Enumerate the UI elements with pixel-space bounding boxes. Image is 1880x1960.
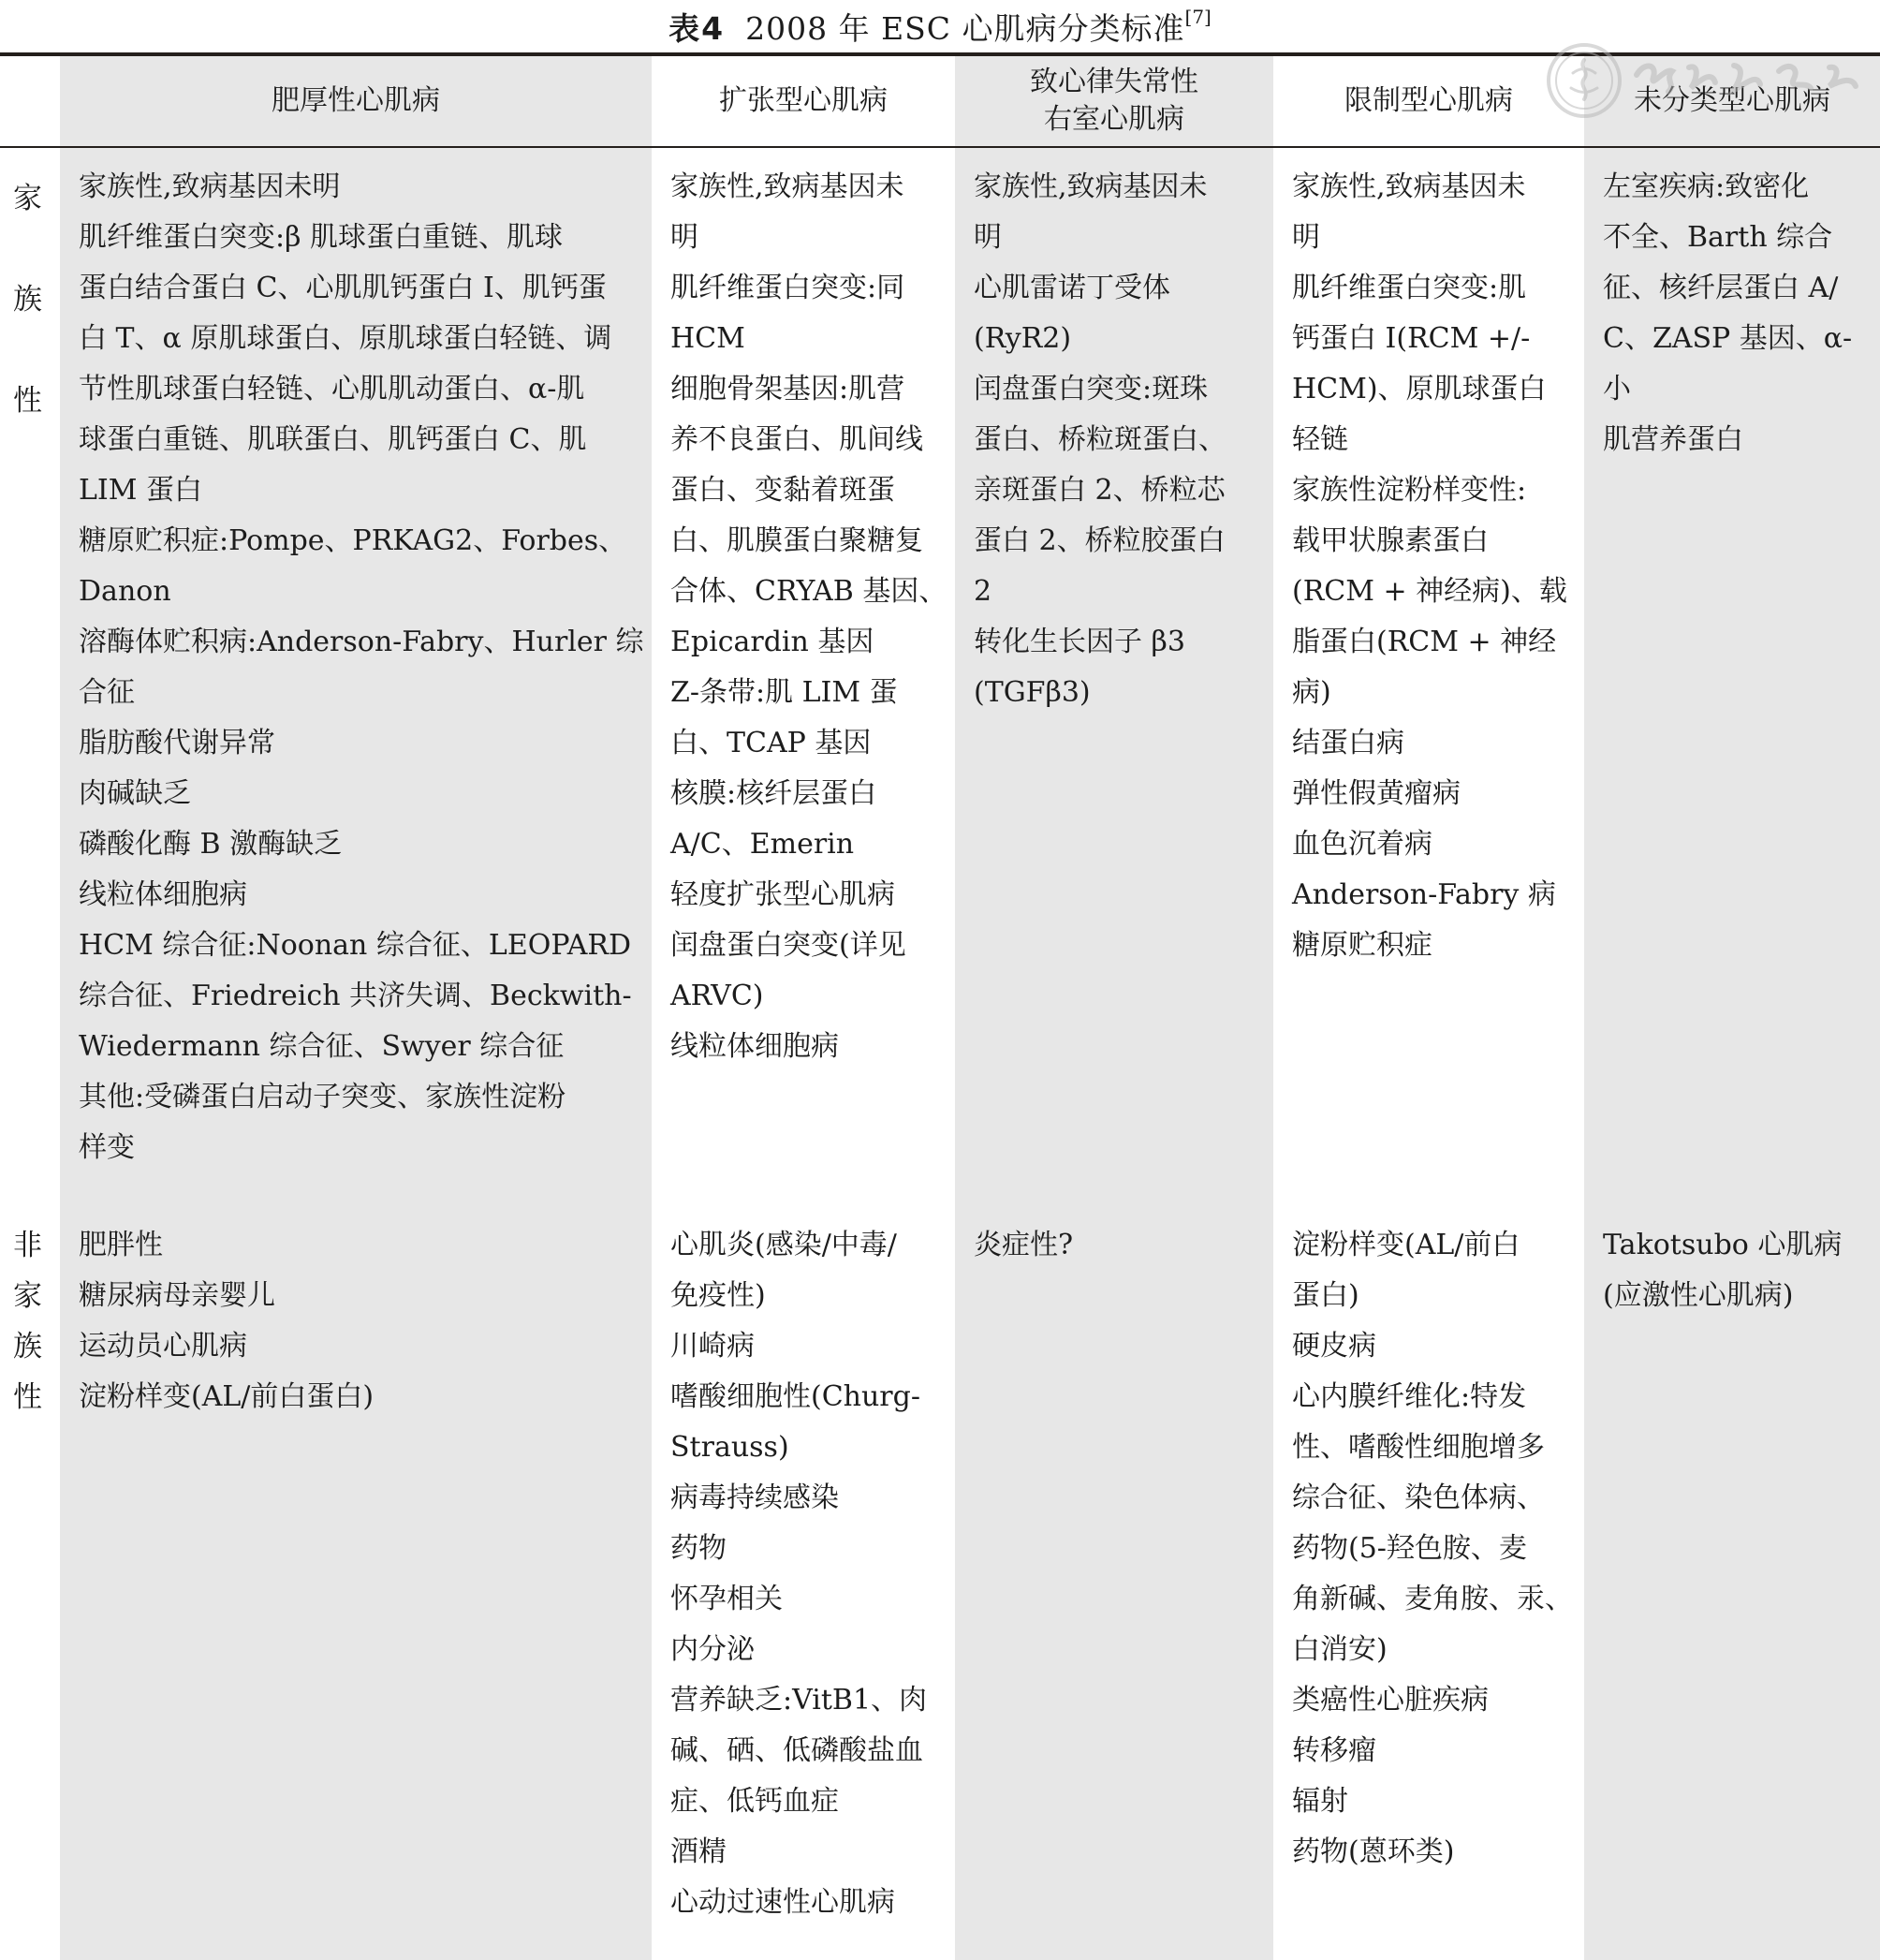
cell-nonfamilial-dilated: 心肌炎(感染/中毒/ 免疫性) 川崎病 嗜酸细胞性(Churg- Strauss… [652,1218,955,1960]
row-familial: 家 族 性 家族性,致病基因未明 肌纤维蛋白突变:β 肌球蛋白重链、肌球 蛋白结… [0,148,1880,1218]
table-header-row: 肥厚性心肌病 扩张型心肌病 致心律失常性 右室心肌病 限制型心肌病 未分类型心肌… [0,56,1880,148]
table-title: 表4 2008 年 ESC 心肌病分类标准 [7] [0,0,1880,52]
row-nonfamilial: 非 家 族 性 肥胖性 糖尿病母亲婴儿 运动员心肌病 淀粉样变(AL/前白蛋白)… [0,1218,1880,1960]
cell-familial-restrictive: 家族性,致病基因未 明 肌纤维蛋白突变:肌 钙蛋白 I(RCM +/- HCM)… [1273,148,1584,1218]
table-number: 表4 [668,5,725,49]
row-label-nonfamilial: 非 家 族 性 [0,1218,60,1960]
cell-familial-dilated: 家族性,致病基因未 明 肌纤维蛋白突变:同 HCM 细胞骨架基因:肌营 养不良蛋… [652,148,955,1218]
cell-familial-arvc: 家族性,致病基因未 明 心肌雷诺丁受体 (RyR2) 闰盘蛋白突变:斑珠 蛋白、… [955,148,1273,1218]
cell-familial-unclassified: 左室疾病:致密化 不全、Barth 综合 征、核纤层蛋白 A/ C、ZASP 基… [1584,148,1880,1218]
col-header-hypertrophic: 肥厚性心肌病 [60,56,652,146]
row-label-familial: 家 族 性 [0,148,60,1218]
cell-nonfamilial-restrictive: 淀粉样变(AL/前白 蛋白) 硬皮病 心内膜纤维化:特发 性、嗜酸性细胞增多 综… [1273,1218,1584,1960]
table-title-text: 2008 年 ESC 心肌病分类标准 [745,5,1184,49]
cell-nonfamilial-arvc: 炎症性? [955,1218,1273,1960]
classification-table: 肥厚性心肌病 扩张型心肌病 致心律失常性 右室心肌病 限制型心肌病 未分类型心肌… [0,56,1880,1960]
cell-familial-hypertrophic: 家族性,致病基因未明 肌纤维蛋白突变:β 肌球蛋白重链、肌球 蛋白结合蛋白 C、… [60,148,652,1218]
cell-nonfamilial-hypertrophic: 肥胖性 糖尿病母亲婴儿 运动员心肌病 淀粉样变(AL/前白蛋白) [60,1218,652,1960]
scanned-table-page: 表4 2008 年 ESC 心肌病分类标准 [7] 肥厚性心肌病 扩张型心肌病 … [0,0,1880,1960]
col-header-dilated: 扩张型心肌病 [652,56,955,146]
col-header-restrictive: 限制型心肌病 [1273,56,1584,146]
header-corner-blank [0,56,60,146]
col-header-unclassified: 未分类型心肌病 [1584,56,1880,146]
cell-nonfamilial-unclassified: Takotsubo 心肌病 (应激性心肌病) [1584,1218,1880,1960]
col-header-arvc: 致心律失常性 右室心肌病 [955,56,1273,146]
